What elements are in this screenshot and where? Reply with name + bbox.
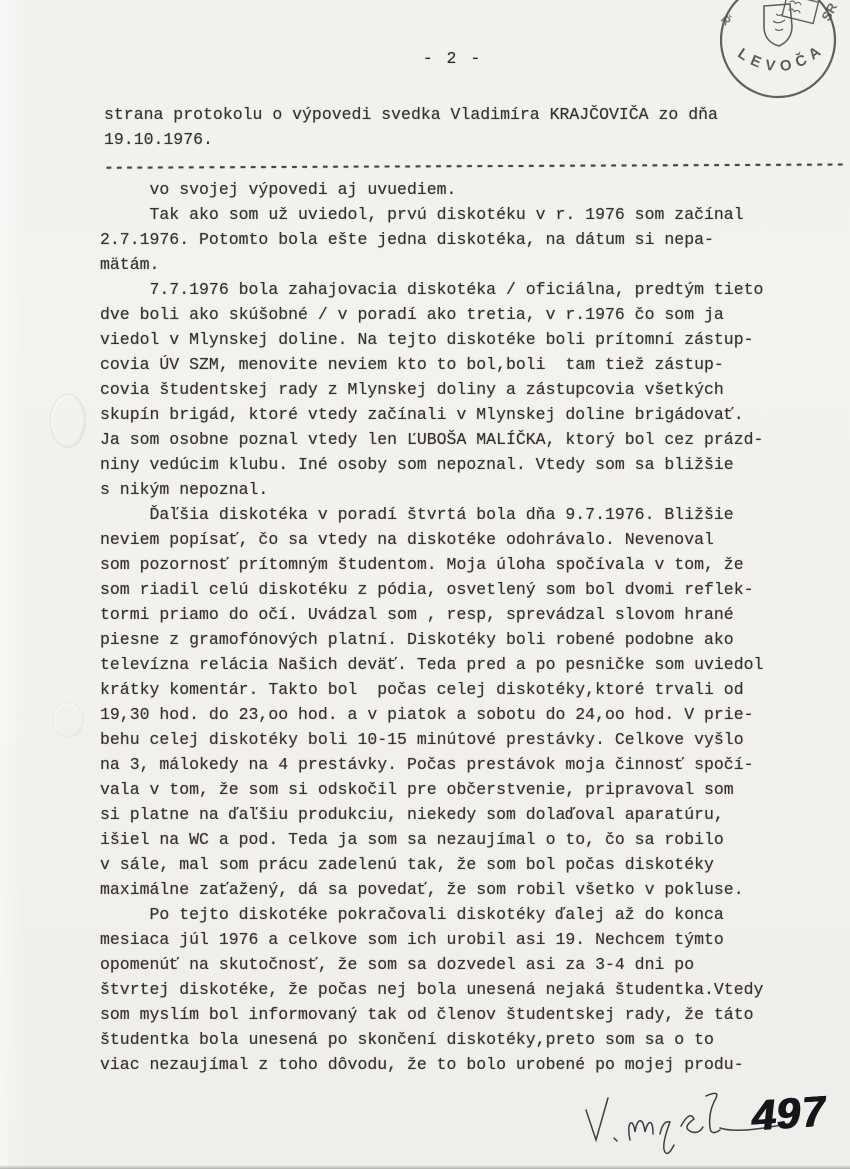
text-line: covia ÚV SZM, menovite neviem kto to bol… [100, 352, 810, 377]
text-line: mätám. [100, 252, 810, 277]
text-line: na 3, málokedy na 4 prestávky. Počas pre… [100, 752, 810, 777]
text-line: si platne na ďaľšiu produkciu, niekedy s… [100, 802, 810, 827]
emboss-seal-mark [52, 702, 84, 738]
slovak-emblem-icon [764, 4, 792, 46]
header-line-1: strana protokolu o výpovedi svedka Vladi… [104, 102, 845, 127]
stamp-partial-letter: Ř [718, 12, 735, 29]
emboss-seal-mark [50, 394, 86, 448]
text-line: v sále, mal som prácu zadelenú tak, že s… [100, 852, 810, 877]
document-header: strana protokolu o výpovedi svedka Vladi… [104, 102, 845, 180]
scanned-protocol-page: - 2 - L E V O Č A SR Ř strana pro [0, 0, 850, 1169]
text-line: neviem popísať, čo sa vtedy na diskotéke… [100, 527, 810, 552]
text-line: 2.7.1976. Potomto bola ešte jedna diskot… [100, 227, 810, 252]
text-line: Po tejto diskotéke pokračovali diskotéky… [100, 902, 810, 927]
text-line: som pozornosť prítomným študentom. Moja … [100, 552, 810, 577]
text-line: televízna relácia Našich deväť. Teda pre… [100, 652, 810, 677]
text-line: viac nezaujímal z toho dôvodu, že to bol… [100, 1052, 810, 1077]
separator-line: ----------------------------------------… [104, 152, 845, 180]
text-line: 7.7.1976 bola zahajovacia diskotéka / of… [100, 277, 810, 302]
text-line: som myslím bol informovaný tak od členov… [100, 1002, 810, 1027]
text-line: som riadil celú diskotéku z pódia, osvet… [100, 577, 810, 602]
stamp-city-text: L E V O Č A [735, 43, 825, 75]
levoca-round-stamp: L E V O Č A SR Ř [696, 0, 850, 110]
text-line: niny vedúcim klubu. Iné osoby som nepozn… [100, 452, 810, 477]
text-line: mesiaca júl 1976 a celkove som ich urobi… [100, 927, 810, 952]
text-line: 19,30 hod. do 23,oo hod. a v piatok a so… [100, 702, 810, 727]
text-line: vala v tom, že som si odskočil pre občer… [100, 777, 810, 802]
text-line: viedol v Mlynskej doline. Na tejto disko… [100, 327, 810, 352]
header-line-2: 19.10.1976. [104, 127, 845, 152]
text-line: piesne z gramofónových platní. Diskotéky… [100, 627, 810, 652]
text-line: dve boli ako skúšobné / v poradí ako tre… [100, 302, 810, 327]
text-line: s nikým nepoznal. [100, 477, 810, 502]
text-line: tormi priamo do očí. Uvádzal som , resp,… [100, 602, 810, 627]
text-line: išiel na WC a pod. Teda ja som sa nezauj… [100, 827, 810, 852]
text-line: Ďaľšia diskotéka v poradí štvrtá bola dň… [100, 502, 810, 527]
text-line: covia študentskej rady z Mlynskej doliny… [100, 377, 810, 402]
text-line: štvrtej diskotéke, že počas nej bola une… [100, 977, 810, 1002]
text-line: behu celej diskotéky boli 10-15 minútové… [100, 727, 810, 752]
testimony-body: vo svojej výpovedi aj uvuediem. Tak ako … [100, 177, 810, 1077]
text-line: Tak ako som už uviedol, prvú diskotéku v… [100, 202, 810, 227]
text-line: opomenúť na skutočnosť, že som sa dozved… [100, 952, 810, 977]
text-line: Ja som osobne poznal vtedy len ĽUBOŠA MA… [100, 427, 810, 452]
text-line: maximálne zaťažený, dá sa povedať, že so… [100, 877, 810, 902]
svg-text:L E V O Č A: L E V O Č A [735, 43, 825, 75]
text-line: krátky komentár. Takto bol počas celej d… [100, 677, 810, 702]
signature-number: 497 [749, 1087, 829, 1142]
text-line: vo svojej výpovedi aj uvuediem. [100, 177, 810, 202]
text-line: skupín brigád, ktoré vtedy začínali v Ml… [100, 402, 810, 427]
text-line: študentka bola unesená po skončení disko… [100, 1027, 810, 1052]
